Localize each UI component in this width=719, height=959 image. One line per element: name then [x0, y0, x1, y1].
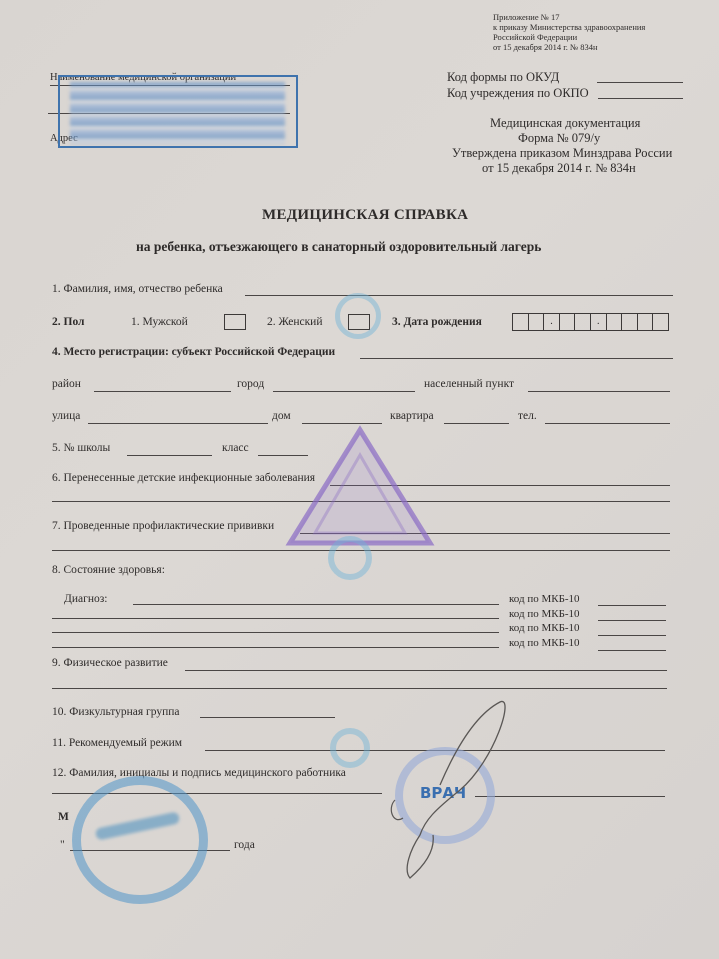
field-child-name-label: 1. Фамилия, имя, отчество ребенка: [52, 284, 223, 296]
street-line[interactable]: [88, 423, 268, 424]
birth-date-label: 3. Дата рождения: [392, 317, 482, 329]
appendix-line: Приложение № 17: [493, 12, 559, 22]
mkb-label: код по МКБ-10: [509, 638, 580, 649]
vaccinations-line-2[interactable]: [52, 550, 670, 551]
health-label: 8. Состояние здоровья:: [52, 565, 165, 577]
document-subtitle: на ребенка, отъезжающего в санаторный оз…: [136, 240, 541, 254]
grade-label: класс: [222, 443, 249, 455]
mkb-code-line[interactable]: [598, 605, 666, 606]
regime-label: 11. Рекомендуемый режим: [52, 738, 182, 750]
field-region-line[interactable]: [360, 358, 673, 359]
form-info-line: Утверждена приказом Минздрава России: [452, 146, 672, 161]
year-suffix: года: [234, 840, 255, 852]
doctor-name-label: 12. Фамилия, инициалы и подпись медицинс…: [52, 768, 346, 780]
diagnosis-line[interactable]: [133, 604, 499, 605]
sex-male-label: 1. Мужской: [131, 317, 188, 329]
appendix-line: к приказу Министерства здравоохранения: [493, 22, 645, 32]
date-open-quote: ": [60, 840, 65, 852]
phone-line[interactable]: [545, 423, 670, 424]
signature-scribble: [375, 690, 525, 890]
issue-date-line[interactable]: [70, 850, 230, 851]
birth-date-grid[interactable]: ..: [512, 313, 669, 331]
sex-female-checkbox[interactable]: [348, 314, 370, 330]
pe-group-line[interactable]: [200, 717, 335, 718]
mkb-code-line[interactable]: [598, 650, 666, 651]
stamp-place-label: М: [58, 812, 69, 824]
settlement-label: населенный пункт: [424, 379, 514, 391]
okud-label: Код формы по ОКУД: [447, 70, 559, 85]
round-stamp-left: [72, 776, 208, 904]
round-stamp-small-3: [330, 728, 370, 768]
field-child-name-line[interactable]: [245, 295, 673, 296]
diagnosis-line-4[interactable]: [52, 647, 499, 648]
district-label: район: [52, 379, 81, 391]
physical-dev-line-2[interactable]: [52, 688, 667, 689]
stamp-left-scribble: [95, 811, 181, 840]
appendix-line: Российской Федерации: [493, 32, 577, 42]
form-number: Форма № 079/у: [518, 131, 600, 146]
diagnosis-label: Диагноз:: [64, 594, 107, 606]
pe-group-label: 10. Физкультурная группа: [52, 707, 180, 719]
city-label: город: [237, 379, 264, 391]
school-line[interactable]: [127, 455, 212, 456]
house-label: дом: [272, 411, 291, 423]
city-line[interactable]: [273, 391, 415, 392]
apartment-line[interactable]: [444, 423, 509, 424]
form-info-line: Медицинская документация: [490, 116, 640, 131]
document-title: МЕДИЦИНСКАЯ СПРАВКА: [262, 208, 468, 223]
phone-label: тел.: [518, 411, 537, 423]
settlement-line[interactable]: [528, 391, 670, 392]
house-line[interactable]: [302, 423, 382, 424]
infections-label: 6. Перенесенные детские инфекционные заб…: [52, 473, 315, 485]
mkb-label: код по МКБ-10: [509, 609, 580, 620]
field-sex-label: 2. Пол: [52, 317, 85, 329]
street-label: улица: [52, 411, 80, 423]
okpo-label: Код учреждения по ОКПО: [447, 86, 589, 101]
redaction-blur: [70, 82, 285, 144]
diagnosis-line-3[interactable]: [52, 632, 499, 633]
form-info-line: от 15 декабря 2014 г. № 834н: [482, 161, 636, 176]
mkb-label: код по МКБ-10: [509, 594, 580, 605]
mkb-label: код по МКБ-10: [509, 623, 580, 634]
diagnosis-line-2[interactable]: [52, 618, 499, 619]
field-registration-label: 4. Место регистрации: субъект Российской…: [52, 347, 335, 359]
physical-dev-label: 9. Физическое развитие: [52, 658, 168, 670]
appendix-line: от 15 декабря 2014 г. № 834н: [493, 42, 598, 52]
doctor-name-line[interactable]: [52, 793, 382, 794]
mkb-code-line[interactable]: [598, 635, 666, 636]
vaccinations-label: 7. Проведенные профилактические прививки: [52, 521, 274, 533]
sex-male-checkbox[interactable]: [224, 314, 246, 330]
triangle-stamp: [285, 425, 435, 550]
sex-female-label: 2. Женский: [267, 317, 322, 329]
district-line[interactable]: [94, 391, 231, 392]
mkb-code-line[interactable]: [598, 620, 666, 621]
school-label: 5. № школы: [52, 443, 110, 455]
physical-dev-line[interactable]: [185, 670, 667, 671]
apartment-label: квартира: [390, 411, 434, 423]
